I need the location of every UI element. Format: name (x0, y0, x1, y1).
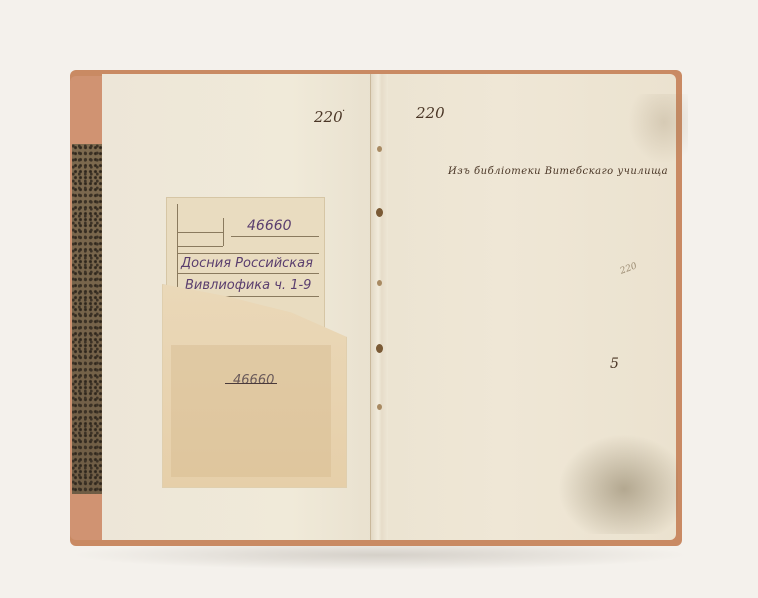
page-stain (628, 94, 688, 164)
card-title-line2: Вивлиофика ч. 1-9 (185, 278, 311, 293)
card-rule (177, 232, 223, 233)
stitch-hole (377, 404, 382, 410)
card-title-line1: Досния Российская (181, 256, 313, 271)
strike-through-line (225, 383, 277, 384)
page-stain (558, 434, 678, 534)
card-rule (177, 273, 319, 274)
stitch-hole (377, 280, 382, 286)
pencil-mark: · (342, 106, 345, 117)
card-rule (177, 253, 319, 254)
card-rule (177, 246, 223, 247)
pocket-number: 46660 (233, 373, 274, 388)
pencil-mark: 5 (610, 356, 619, 372)
left-page-number: 220 (314, 108, 343, 126)
right-page: 220 Изъ библіотеки Витебскаго училища 22… (388, 74, 676, 540)
stitch-hole (376, 208, 383, 217)
book-gutter (370, 74, 390, 540)
left-page: 220 · 46660 Досния Российская Вивлиофика… (102, 74, 372, 540)
pocket-stain (171, 345, 331, 477)
open-book: 220 · 46660 Досния Российская Вивлиофика… (70, 70, 682, 546)
faint-stamp: 220 (619, 261, 639, 276)
stitch-hole (377, 146, 382, 152)
stitch-hole (376, 344, 383, 353)
marbled-board (72, 144, 102, 494)
card-rule (231, 236, 319, 237)
right-page-number: 220 (416, 104, 445, 122)
card-rule (223, 218, 224, 246)
card-number: 46660 (247, 218, 292, 234)
library-inscription: Изъ библіотеки Витебскаго училища (448, 166, 668, 177)
